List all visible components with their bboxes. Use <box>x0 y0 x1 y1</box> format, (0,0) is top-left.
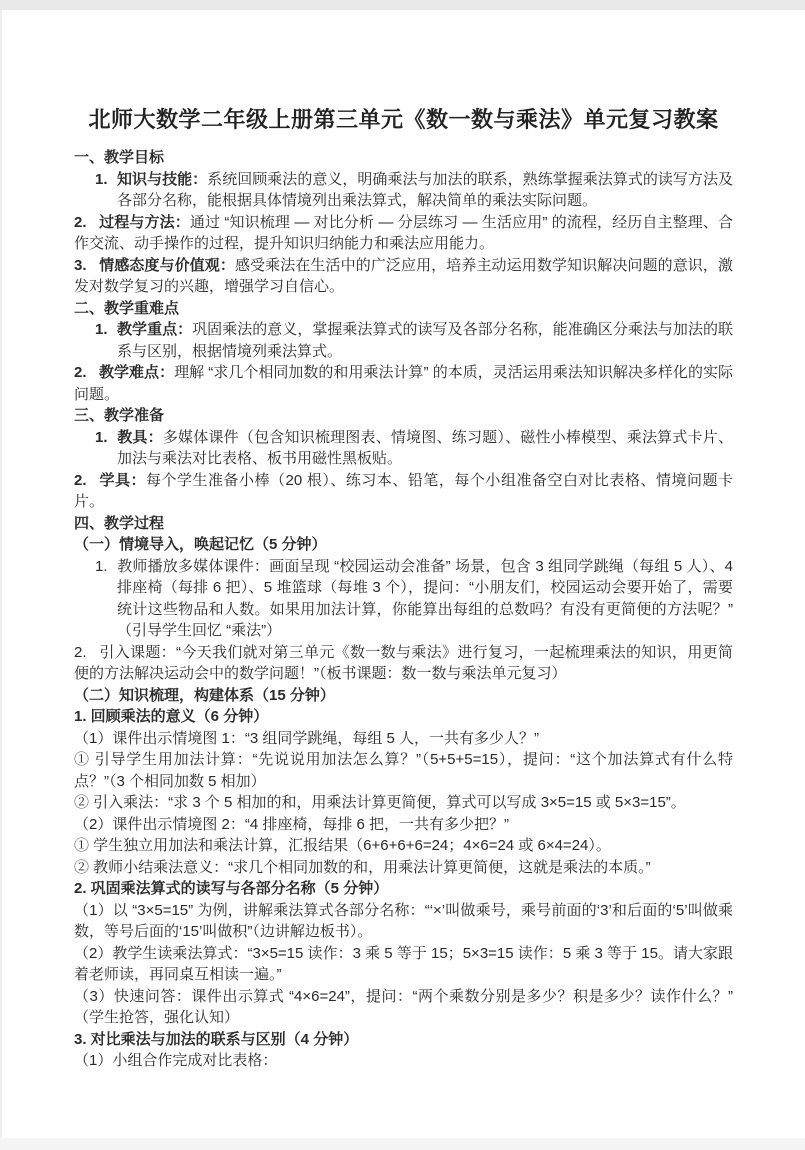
list-item: 2.引入课题：“今天我们就对第三单元《数一数与乘法》进行复习，一起梳理乘法的知识… <box>74 642 733 685</box>
list-item-lead: 教学重点： <box>117 321 192 338</box>
paragraph-text: 教师播放多媒体课件：画面呈现 “校园运动会准备” 场景，包含 3 组同学跳绳（每… <box>117 558 733 640</box>
body-paragraph: ② 教师小结乘法意义：“求几个相同加数的和，用乘法计算更简便，这就是乘法的本质。… <box>74 857 733 879</box>
body-paragraph: （1）课件出示情境图 1：“3 组同学跳绳，每组 5 人，一共有多少人？” <box>74 728 733 750</box>
paragraph-text: ① 学生独立用加法和乘法计算，汇报结果（6+6+6+6=24；4×6=24 或 … <box>74 837 611 854</box>
list-item: 1.教师播放多媒体课件：画面呈现 “校园运动会准备” 场景，包含 3 组同学跳绳… <box>74 556 733 642</box>
subsection-heading: （一）情境导入，唤起记忆（5 分钟） <box>74 534 733 556</box>
body-paragraph: ① 引导学生用加法计算：“先说说用加法怎么算？”（5+5+5=15），提问：“这… <box>74 749 733 792</box>
list-item-lead: 知识与技能： <box>117 171 207 188</box>
paragraph-text: 一、教学目标 <box>74 149 164 166</box>
paragraph-text: 二、教学重难点 <box>74 300 179 317</box>
list-item-lead: 教具： <box>117 429 163 446</box>
list-item-lead: 情感态度与价值观： <box>99 257 235 274</box>
list-marker: 2. <box>74 212 99 234</box>
list-marker: 1. <box>95 556 117 578</box>
paragraph-text: （1）小组合作完成对比表格： <box>74 1052 277 1069</box>
list-item: 3.情感态度与价值观：感受乘法在生活中的广泛应用，培养主动运用数学知识解决问题的… <box>74 255 733 298</box>
paragraph-text: （3）快速问答：课件出示算式 “4×6=24”，提问：“两个乘数分别是多少？积是… <box>74 988 733 1027</box>
list-marker: 2. <box>74 642 99 664</box>
paragraph-text: （1）课件出示情境图 1：“3 组同学跳绳，每组 5 人，一共有多少人？” <box>74 730 539 747</box>
paragraph-text: ① 引导学生用加法计算：“先说说用加法怎么算？”（5+5+5=15），提问：“这… <box>74 751 733 790</box>
paragraph-text: 引入课题：“今天我们就对第三单元《数一数与乘法》进行复习，一起梳理乘法的知识，用… <box>74 644 733 683</box>
list-marker: 3. <box>74 255 99 277</box>
section-heading: 二、教学重难点 <box>74 298 733 320</box>
list-item: 2.教学难点：理解 “求几个相同加数的和用乘法计算” 的本质，灵活运用乘法知识解… <box>74 362 733 405</box>
section-heading: 三、教学准备 <box>74 405 733 427</box>
paragraph-text: 2. 巩固乘法算式的读写与各部分名称（5 分钟） <box>74 880 388 897</box>
list-item-lead: 教学难点： <box>99 364 174 381</box>
subsection-heading: 2. 巩固乘法算式的读写与各部分名称（5 分钟） <box>74 878 733 900</box>
document-content: 北师大数学二年级上册第三单元《数一数与乘法》单元复习教案 一、教学目标1.知识与… <box>2 10 805 1072</box>
section-heading: 四、教学过程 <box>74 513 733 535</box>
list-item-lead: 过程与方法： <box>99 214 190 231</box>
paragraph-text: 1. 回顾乘法的意义（6 分钟） <box>74 708 268 725</box>
subsection-heading: 1. 回顾乘法的意义（6 分钟） <box>74 706 733 728</box>
paragraph-text: （一）情境导入，唤起记忆（5 分钟） <box>74 536 327 553</box>
list-marker: 1. <box>95 169 117 191</box>
section-heading: 一、教学目标 <box>74 147 733 169</box>
paragraph-text: 系统回顾乘法的意义，明确乘法与加法的联系，熟练掌握乘法算式的读写方法及各部分名称… <box>117 171 733 210</box>
paragraph-text: 每个学生准备小棒（20 根）、练习本、铅笔，每个小组准备空白对比表格、情境问题卡… <box>74 472 733 511</box>
body-paragraph: （1）以 “3×5=15” 为例，讲解乘法算式各部分名称：“‘×’叫做乘号，乘号… <box>74 900 733 943</box>
paragraph-text: （2）教学生读乘法算式：“3×5=15 读作：3 乘 5 等于 15；5×3=1… <box>74 945 733 984</box>
list-item: 1.教具：多媒体课件（包含知识梳理图表、情境图、练习题）、磁性小棒模型、乘法算式… <box>74 427 733 470</box>
body-paragraph: （2）课件出示情境图 2：“4 排座椅，每排 6 把，一共有多少把？” <box>74 814 733 836</box>
subsection-heading: 3. 对比乘法与加法的联系与区别（4 分钟） <box>74 1029 733 1051</box>
list-item: 2.过程与方法：通过 “知识梳理 — 对比分析 — 分层练习 — 生活应用” 的… <box>74 212 733 255</box>
paragraph-text: 三、教学准备 <box>74 407 164 424</box>
document-body: 一、教学目标1.知识与技能：系统回顾乘法的意义，明确乘法与加法的联系，熟练掌握乘… <box>74 147 733 1072</box>
body-paragraph: ① 学生独立用加法和乘法计算，汇报结果（6+6+6+6=24；4×6=24 或 … <box>74 835 733 857</box>
list-item-lead: 学具： <box>99 472 146 489</box>
window-bottom-edge <box>0 1138 805 1150</box>
window-top-edge <box>0 0 805 10</box>
list-marker: 2. <box>74 362 99 384</box>
paragraph-text: ② 引入乘法：“求 3 个 5 相加的和，用乘法计算更简便，算式可以写成 3×5… <box>74 794 686 811</box>
paragraph-text: 巩固乘法的意义，掌握乘法算式的读写及各部分名称，能准确区分乘法与加法的联系与区别… <box>117 321 733 360</box>
list-marker: 1. <box>95 319 117 341</box>
list-marker: 2. <box>74 470 99 492</box>
paragraph-text: 多媒体课件（包含知识梳理图表、情境图、练习题）、磁性小棒模型、乘法算式卡片、加法… <box>117 429 733 468</box>
body-paragraph: ② 引入乘法：“求 3 个 5 相加的和，用乘法计算更简便，算式可以写成 3×5… <box>74 792 733 814</box>
paragraph-text: 四、教学过程 <box>74 515 164 532</box>
body-paragraph: （3）快速问答：课件出示算式 “4×6=24”，提问：“两个乘数分别是多少？积是… <box>74 986 733 1029</box>
body-paragraph: （2）教学生读乘法算式：“3×5=15 读作：3 乘 5 等于 15；5×3=1… <box>74 943 733 986</box>
list-item: 1.教学重点：巩固乘法的意义，掌握乘法算式的读写及各部分名称，能准确区分乘法与加… <box>74 319 733 362</box>
document-title: 北师大数学二年级上册第三单元《数一数与乘法》单元复习教案 <box>74 105 733 135</box>
subsection-heading: （二）知识梳理，构建体系（15 分钟） <box>74 685 733 707</box>
paragraph-text: ② 教师小结乘法意义：“求几个相同加数的和，用乘法计算更简便，这就是乘法的本质。… <box>74 859 651 876</box>
paragraph-text: （2）课件出示情境图 2：“4 排座椅，每排 6 把，一共有多少把？” <box>74 816 509 833</box>
paragraph-text: 3. 对比乘法与加法的联系与区别（4 分钟） <box>74 1031 358 1048</box>
document-page: 北师大数学二年级上册第三单元《数一数与乘法》单元复习教案 一、教学目标1.知识与… <box>2 10 805 1138</box>
list-marker: 1. <box>95 427 117 449</box>
list-item: 1.知识与技能：系统回顾乘法的意义，明确乘法与加法的联系，熟练掌握乘法算式的读写… <box>74 169 733 212</box>
body-paragraph: （1）小组合作完成对比表格： <box>74 1050 733 1072</box>
paragraph-text: （二）知识梳理，构建体系（15 分钟） <box>74 687 335 704</box>
list-item: 2.学具：每个学生准备小棒（20 根）、练习本、铅笔，每个小组准备空白对比表格、… <box>74 470 733 513</box>
paragraph-text: （1）以 “3×5=15” 为例，讲解乘法算式各部分名称：“‘×’叫做乘号，乘号… <box>74 902 733 941</box>
